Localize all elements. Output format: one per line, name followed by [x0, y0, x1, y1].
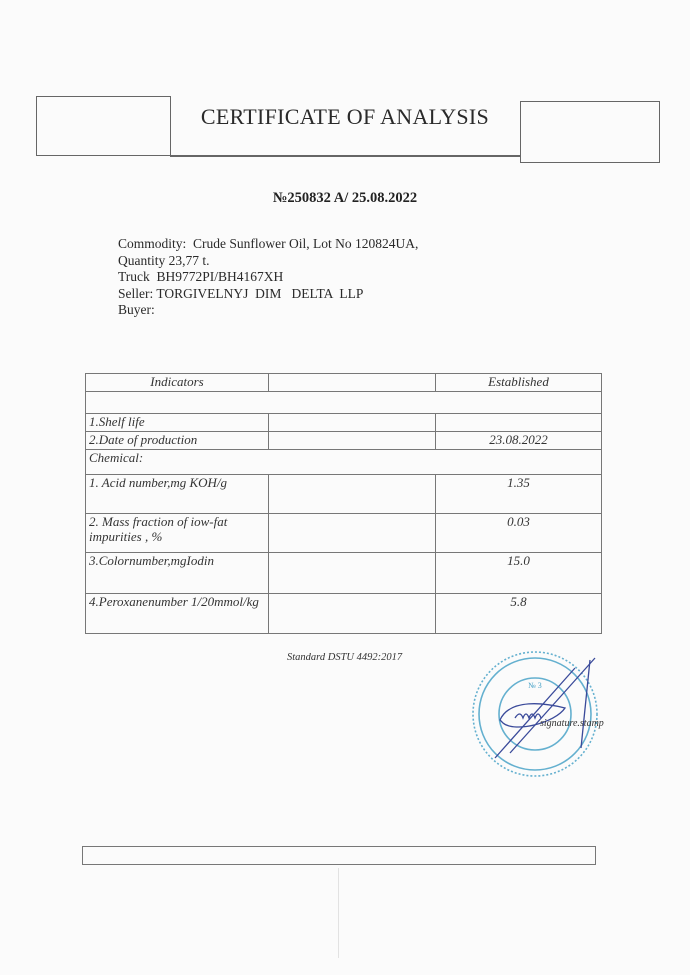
established-cell: 15.0 — [436, 553, 602, 594]
middle-cell — [269, 594, 436, 634]
blank-cell — [86, 392, 602, 414]
table-row: 2. Mass fraction of iow-fat impurities ,… — [86, 514, 602, 553]
company-stamp-icon: № 3 — [455, 648, 615, 778]
table-row — [86, 392, 602, 414]
indicator-cell: 2.Date of production — [86, 432, 269, 450]
table-row: 4.Peroxanenumber 1/20mmol/kg 5.8 — [86, 594, 602, 634]
established-cell: 5.8 — [436, 594, 602, 634]
middle-cell — [269, 553, 436, 594]
page-fold-line — [338, 868, 339, 958]
middle-cell — [269, 414, 436, 432]
established-cell — [436, 414, 602, 432]
header-middle — [269, 374, 436, 392]
middle-cell — [269, 514, 436, 553]
table-row: 2.Date of production 23.08.2022 — [86, 432, 602, 450]
table-row: 3.Colornumber,mgIodin 15.0 — [86, 553, 602, 594]
middle-cell — [269, 432, 436, 450]
table-row: 1. Acid number,mg KOH/g 1.35 — [86, 475, 602, 514]
indicator-cell: 2. Mass fraction of iow-fat impurities ,… — [86, 514, 269, 553]
header-left-box — [36, 96, 171, 156]
table-row: 1.Shelf life — [86, 414, 602, 432]
indicator-cell: 1.Shelf life — [86, 414, 269, 432]
analysis-table: Indicators Established 1.Shelf life 2.Da… — [85, 373, 602, 634]
stamp-number: № 3 — [528, 681, 542, 690]
seller-line: Seller: TORGIVELNYJ DIM DELTA LLP — [118, 286, 418, 303]
table-row: Chemical: — [86, 450, 602, 475]
established-cell: 23.08.2022 — [436, 432, 602, 450]
document-title: CERTIFICATE OF ANALYSIS — [170, 104, 520, 130]
certificate-number: №250832 A/ 25.08.2022 — [0, 190, 690, 207]
truck-line: Truck BH9772PI/BH4167XH — [118, 269, 418, 286]
established-cell: 1.35 — [436, 475, 602, 514]
middle-cell — [269, 475, 436, 514]
header-indicators: Indicators — [86, 374, 269, 392]
commodity-line: Commodity: Crude Sunflower Oil, Lot No 1… — [118, 236, 418, 253]
indicator-cell: 1. Acid number,mg KOH/g — [86, 475, 269, 514]
table-header-row: Indicators Established — [86, 374, 602, 392]
buyer-line: Buyer: — [118, 302, 418, 319]
indicator-cell: 3.Colornumber,mgIodin — [86, 553, 269, 594]
indicator-cell: 4.Peroxanenumber 1/20mmol/kg — [86, 594, 269, 634]
standard-reference: Standard DSTU 4492:2017 — [287, 652, 402, 663]
established-cell: 0.03 — [436, 514, 602, 553]
footer-box — [82, 846, 596, 865]
quantity-line: Quantity 23,77 t. — [118, 253, 418, 270]
header-right-box — [520, 101, 660, 163]
header-established: Established — [436, 374, 602, 392]
section-cell: Chemical: — [86, 450, 602, 475]
shipment-info: Commodity: Crude Sunflower Oil, Lot No 1… — [118, 236, 418, 319]
signature-stamp-label: signature.stamp — [540, 718, 604, 729]
header-divider — [36, 155, 520, 156]
